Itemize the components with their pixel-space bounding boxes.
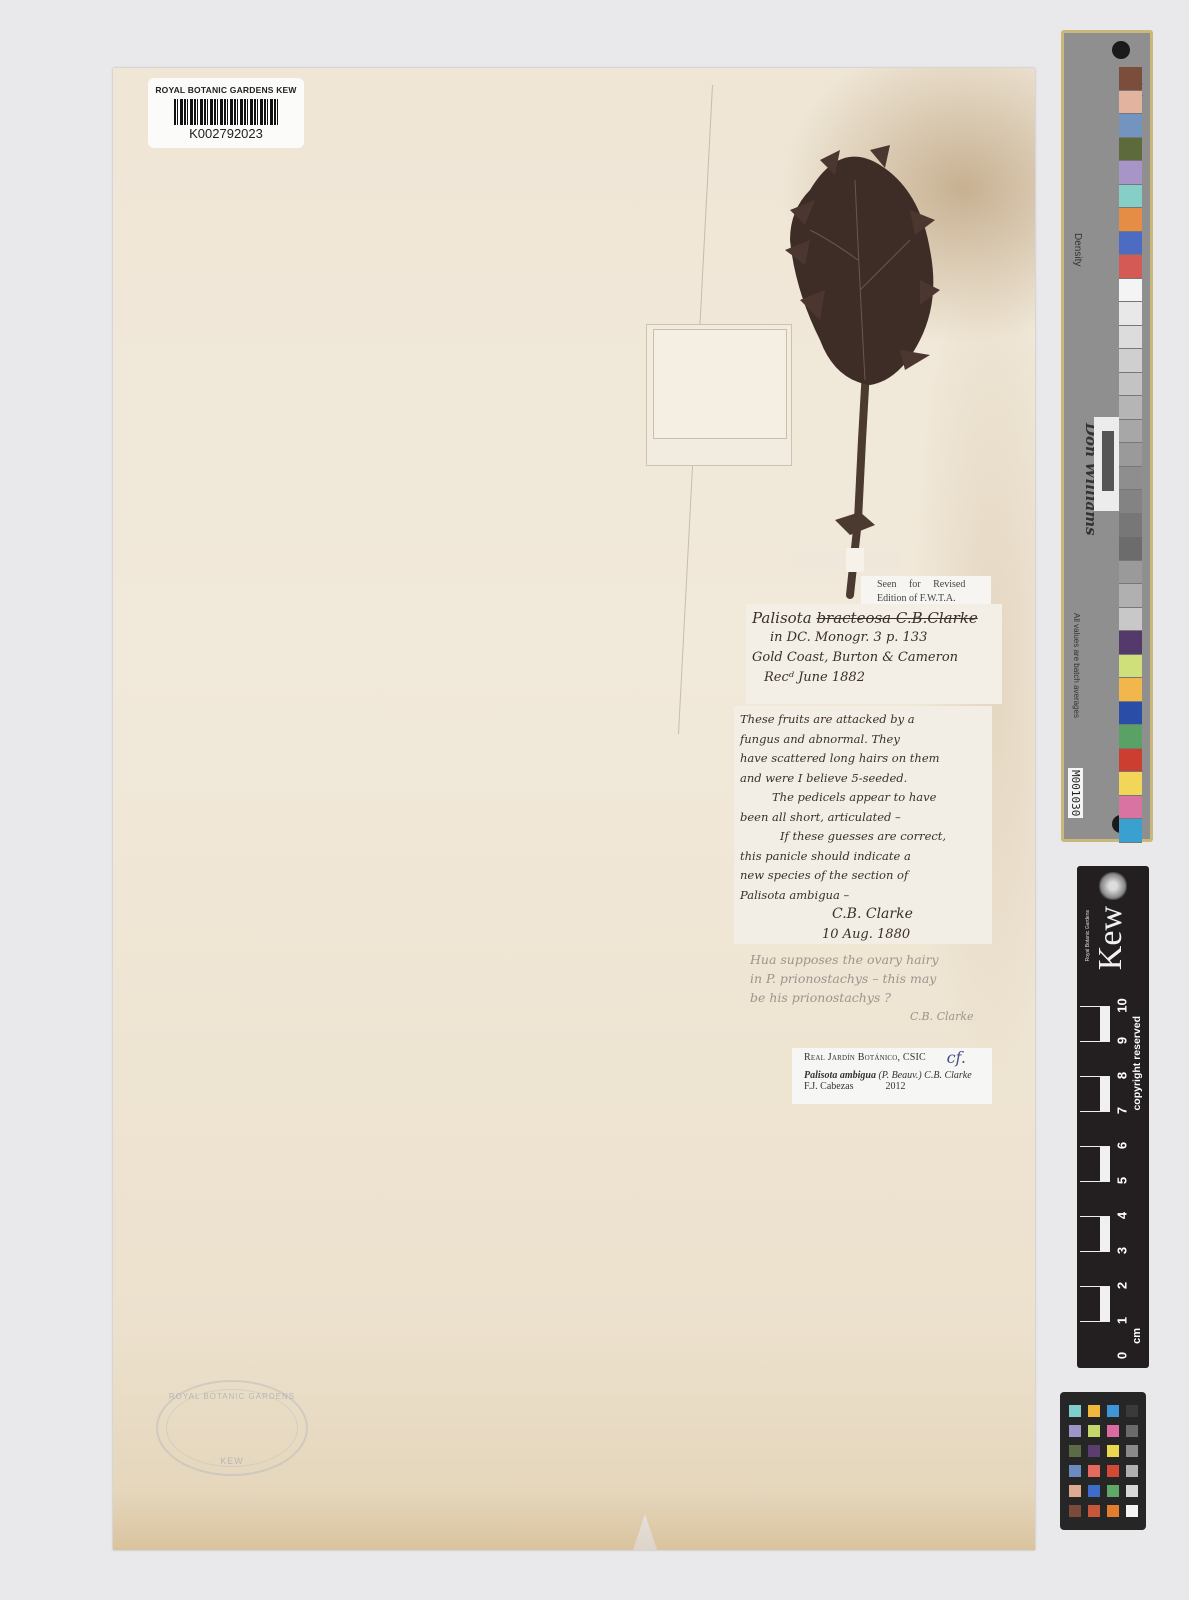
ruler-number: 2 <box>1115 1277 1130 1295</box>
note-line: and were I believe 5-seeded. <box>740 769 992 789</box>
note-line: Palisota ambigua – <box>740 886 992 906</box>
checker-cell <box>1088 1485 1100 1497</box>
color-swatch <box>1119 114 1142 138</box>
color-swatch <box>1119 349 1142 373</box>
determination-year: 2012 <box>885 1081 905 1092</box>
ruler-segment <box>1080 1146 1110 1182</box>
csic-determination-label: Real Jardín Botánico, CSIC cf. Palisota … <box>792 1048 992 1104</box>
color-swatch <box>1119 279 1142 303</box>
color-swatch <box>1119 631 1142 655</box>
determiner: F.J. Cabezas <box>804 1081 853 1092</box>
checker-cell <box>1069 1465 1081 1477</box>
checker-cell <box>1107 1465 1119 1477</box>
color-swatch <box>1119 67 1142 91</box>
checker-cell <box>1107 1505 1119 1517</box>
note-line: have scattered long hairs on them <box>740 749 992 769</box>
sheet-tear <box>633 1514 657 1550</box>
color-swatch <box>1119 91 1142 115</box>
color-swatch <box>1119 396 1142 420</box>
checker-cell <box>1088 1425 1100 1437</box>
checker-cell <box>1107 1405 1119 1417</box>
note-line: The pedicels appear to have <box>740 788 992 808</box>
plant-specimen-icon <box>780 140 940 600</box>
color-swatch <box>1119 561 1142 585</box>
struck-epithet: bracteosa C.B.Clarke <box>816 609 977 627</box>
pencil-annotation: Hua supposes the ovary hairy in P. prion… <box>750 950 1000 1026</box>
note-date: 10 Aug. 1880 <box>740 925 992 945</box>
barcode-label: ROYAL BOTANIC GARDENS KEW K002792023 <box>148 78 304 148</box>
ruler-segment <box>1080 1321 1110 1357</box>
ruler-segment <box>1080 1286 1110 1322</box>
genus-name: Palisota <box>752 609 812 627</box>
checker-cell <box>1088 1405 1100 1417</box>
checker-cell <box>1069 1405 1081 1417</box>
color-swatch <box>1119 302 1142 326</box>
taxon-authority: (P. Beauv.) C.B. Clarke <box>878 1070 971 1081</box>
checker-cell <box>1126 1485 1138 1497</box>
color-swatch <box>1119 514 1142 538</box>
color-swatch <box>1119 608 1142 632</box>
note-line: These fruits are attacked by a <box>740 710 992 730</box>
checker-cell <box>1107 1485 1119 1497</box>
color-target-id: M001030 <box>1068 768 1083 818</box>
color-swatches <box>1119 67 1142 843</box>
taxon-name: Palisota ambigua <box>804 1070 876 1081</box>
ruler-number: 8 <box>1115 1067 1130 1085</box>
kew-herbarium-stamp: ROYAL BOTANIC GARDENS KEW <box>156 1380 308 1476</box>
note-line: If these guesses are correct, <box>740 827 992 847</box>
ruler-segment <box>1080 1076 1110 1112</box>
ruler-segment <box>1080 1251 1110 1287</box>
color-swatch <box>1119 208 1142 232</box>
ruler-number: 9 <box>1115 1032 1130 1050</box>
color-swatch <box>1119 232 1142 256</box>
checker-cell <box>1126 1465 1138 1477</box>
note-signature: C.B. Clarke <box>740 905 992 925</box>
mini-color-checker <box>1060 1392 1146 1530</box>
unit-label: cm <box>1131 1328 1143 1344</box>
stamp-bottom-text: KEW <box>158 1456 306 1466</box>
color-swatch <box>1119 678 1142 702</box>
batch-note: All values are batch averages <box>1072 613 1081 718</box>
stamp-top-text: ROYAL BOTANIC GARDENS <box>158 1392 306 1401</box>
clarke-annotation-slip: These fruits are attacked by a fungus an… <box>734 706 992 944</box>
ruler-segment <box>1080 1181 1110 1217</box>
color-swatch <box>1119 138 1142 162</box>
color-swatch <box>1119 819 1142 843</box>
barcode-icon <box>174 99 279 125</box>
color-swatch <box>1119 373 1142 397</box>
cm-ruler <box>1080 1006 1110 1368</box>
checker-cell <box>1088 1505 1100 1517</box>
color-swatch <box>1119 702 1142 726</box>
checker-cell <box>1107 1445 1119 1457</box>
color-swatch <box>1119 655 1142 679</box>
checker-cell <box>1088 1445 1100 1457</box>
checker-cell <box>1088 1465 1100 1477</box>
note-line: this panicle should indicate a <box>740 847 992 867</box>
color-swatch <box>1119 490 1142 514</box>
color-swatch <box>1119 420 1142 444</box>
color-swatch <box>1119 725 1142 749</box>
color-swatch <box>1119 443 1142 467</box>
cm-numbers: 109876543210 <box>1113 1006 1131 1368</box>
note-line: new species of the section of <box>740 866 992 886</box>
locality-collectors: Gold Coast, Burton & Cameron <box>752 648 1002 668</box>
barcode-institution: ROYAL BOTANIC GARDENS KEW <box>148 85 304 95</box>
color-swatch <box>1119 796 1142 820</box>
checker-grid <box>1069 1405 1138 1517</box>
color-swatch <box>1119 749 1142 773</box>
checker-cell <box>1126 1505 1138 1517</box>
checker-cell <box>1126 1405 1138 1417</box>
ruler-number: 5 <box>1115 1172 1130 1190</box>
ruler-segment <box>1080 1216 1110 1252</box>
ruler-segment <box>1080 1111 1110 1147</box>
ruler-number: 7 <box>1115 1102 1130 1120</box>
ruler-segment <box>1080 1006 1110 1042</box>
checker-cell <box>1069 1425 1081 1437</box>
barcode-number: K002792023 <box>148 126 304 141</box>
ruler-number: 1 <box>1115 1312 1130 1330</box>
checker-cell <box>1069 1485 1081 1497</box>
ruler-number: 4 <box>1115 1207 1130 1225</box>
checker-cell <box>1107 1425 1119 1437</box>
note-line: fungus and abnormal. They <box>740 730 992 750</box>
fragment-packet <box>646 324 792 466</box>
ruler-number: 0 <box>1115 1347 1130 1365</box>
kew-logo-subtitle: Royal Botanic Gardens <box>1085 910 1091 961</box>
ruler-number: 10 <box>1115 997 1130 1015</box>
checker-cell <box>1126 1425 1138 1437</box>
color-swatch <box>1119 537 1142 561</box>
checker-cell <box>1126 1445 1138 1457</box>
publication-reference: in DC. Monogr. 3 p. 133 <box>752 628 1002 648</box>
pencil-line: Hua supposes the ovary hairy <box>750 950 1000 969</box>
ruler-segment <box>1080 1041 1110 1077</box>
note-line: been all short, articulated – <box>740 808 992 828</box>
pencil-signature: C.B. Clarke <box>750 1007 1000 1026</box>
kew-scale-bar: Kew Royal Botanic Gardens 109876543210 c… <box>1077 866 1149 1368</box>
seen-label-line1: Seen for Revised <box>877 578 991 592</box>
packet-flap <box>653 329 787 439</box>
color-swatch <box>1119 255 1142 279</box>
checker-cell <box>1069 1445 1081 1457</box>
pencil-line: in P. prionostachys – this may <box>750 969 1000 988</box>
royal-crest-icon <box>1099 872 1127 900</box>
color-swatch <box>1119 161 1142 185</box>
color-calibration-target: inches centimeters Density All values ar… <box>1061 30 1153 842</box>
color-swatch <box>1119 185 1142 209</box>
cf-annotation: cf. <box>947 1048 966 1067</box>
kew-logo: Kew <box>1094 906 1128 970</box>
color-swatch <box>1119 467 1142 491</box>
color-swatch <box>1119 326 1142 350</box>
copyright-label: copyright reserved <box>1131 1016 1143 1111</box>
ruler-number: 3 <box>1115 1242 1130 1260</box>
color-swatch <box>1119 584 1142 608</box>
determination-slip: Palisota bracteosa C.B.Clarke in DC. Mon… <box>746 604 1002 704</box>
density-label: Density <box>1072 233 1083 266</box>
ruler-number: 6 <box>1115 1137 1130 1155</box>
pencil-line: be his prionostachys ? <box>750 988 1000 1007</box>
checker-cell <box>1069 1505 1081 1517</box>
registration-dot-icon <box>1112 41 1130 59</box>
color-swatch <box>1119 772 1142 796</box>
received-date: Recᵈ June 1882 <box>752 668 1002 688</box>
